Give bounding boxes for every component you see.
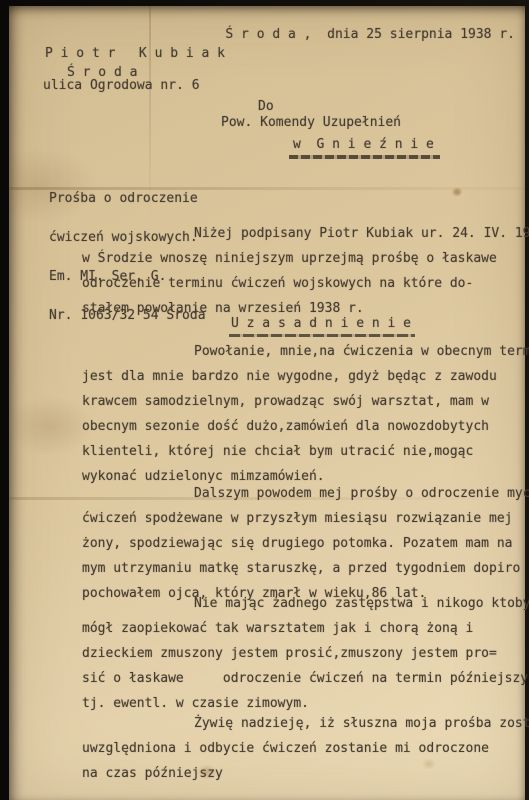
letter-line: Powołanie, mnie,na ćwiczenia w obecnym t… — [82, 339, 529, 364]
letter-line: krawcem samodzielnym, prowadząc swój war… — [82, 389, 529, 414]
letter-line: Niżej podpisany Piotr Kubiak ur. 24. IV.… — [82, 221, 529, 246]
recipient-name: Pow. Komendy Uzupełnień — [221, 116, 401, 129]
letter-line: ćwiczeń spodżewane w przyszłym miesiąsu … — [82, 506, 529, 531]
letter-line: dzieckiem zmuszony jestem prosić,zmuszon… — [82, 641, 529, 666]
date-line: Ś r o d a , dnia 25 sierpnia 1938 r. — [225, 28, 515, 41]
letter-line: żony, spodziewając się drugiego potomka.… — [82, 531, 529, 556]
letter-line: mym utrzymaniu matkę staruszkę, a przed … — [82, 556, 529, 581]
letter-line: sić o łaskawe odroczenie ćwiczeń na term… — [82, 666, 529, 691]
letter-line: klienteli, której nie chciał bym utracić… — [82, 439, 529, 464]
sender-name: P i o t r K u b i a k — [45, 47, 225, 60]
letter-line: jest dla mnie bardzo nie wygodne, gdyż b… — [82, 364, 529, 389]
letter-line: uwzględniona i odbycie ćwiczeń zostanie … — [82, 736, 529, 761]
paragraph-no-replacement: Nie mając żadnego zastępstwa i nikogo kt… — [82, 591, 529, 716]
sender-street: ulica Ogrodowa nr. 6 — [43, 79, 200, 92]
paragraph-reason-work: Powołanie, mnie,na ćwiczenia w obecnym t… — [82, 339, 529, 489]
letter-line: Nie mając żadnego zastępstwa i nikogo kt… — [82, 591, 529, 616]
letter-line: stałem powołanie na wrzesień 1938 r. — [82, 296, 529, 321]
letter-line: na czas późniejszy — [82, 761, 529, 786]
recipient-city: w G n i e ź n i e — [293, 138, 434, 155]
paragraph-intro: Niżej podpisany Piotr Kubiak ur. 24. IV.… — [82, 221, 529, 321]
letter-line: mógł zaopiekować tak warsztatem jak i ch… — [82, 616, 529, 641]
paragraph-closing: Żywię nadzieję, iż słuszna moja prośba z… — [82, 711, 529, 786]
letter-paper: Ś r o d a , dnia 25 sierpnia 1938 r. P i… — [9, 6, 525, 800]
scanned-photo-frame: Ś r o d a , dnia 25 sierpnia 1938 r. P i… — [0, 0, 529, 800]
subject-line-1: Prośba o odroczenie — [49, 192, 206, 205]
paragraph-reason-family: Dalszym powodem mej prośby o odroczenie … — [82, 481, 529, 606]
letter-line: w Środzie wnoszę niniejszym uprzejmą pro… — [82, 246, 529, 271]
letter-line: Żywię nadzieję, iż słuszna moja prośba z… — [82, 711, 529, 736]
letter-line: odroczenie terminu ćwiczeń wojskowych na… — [82, 271, 529, 296]
recipient-to-label: Do — [258, 100, 274, 113]
letter-line: obecnym sezonie dość dużo,zamówień dla n… — [82, 414, 529, 439]
letter-line: Dalszym powodem mej prośby o odroczenie … — [82, 481, 529, 506]
